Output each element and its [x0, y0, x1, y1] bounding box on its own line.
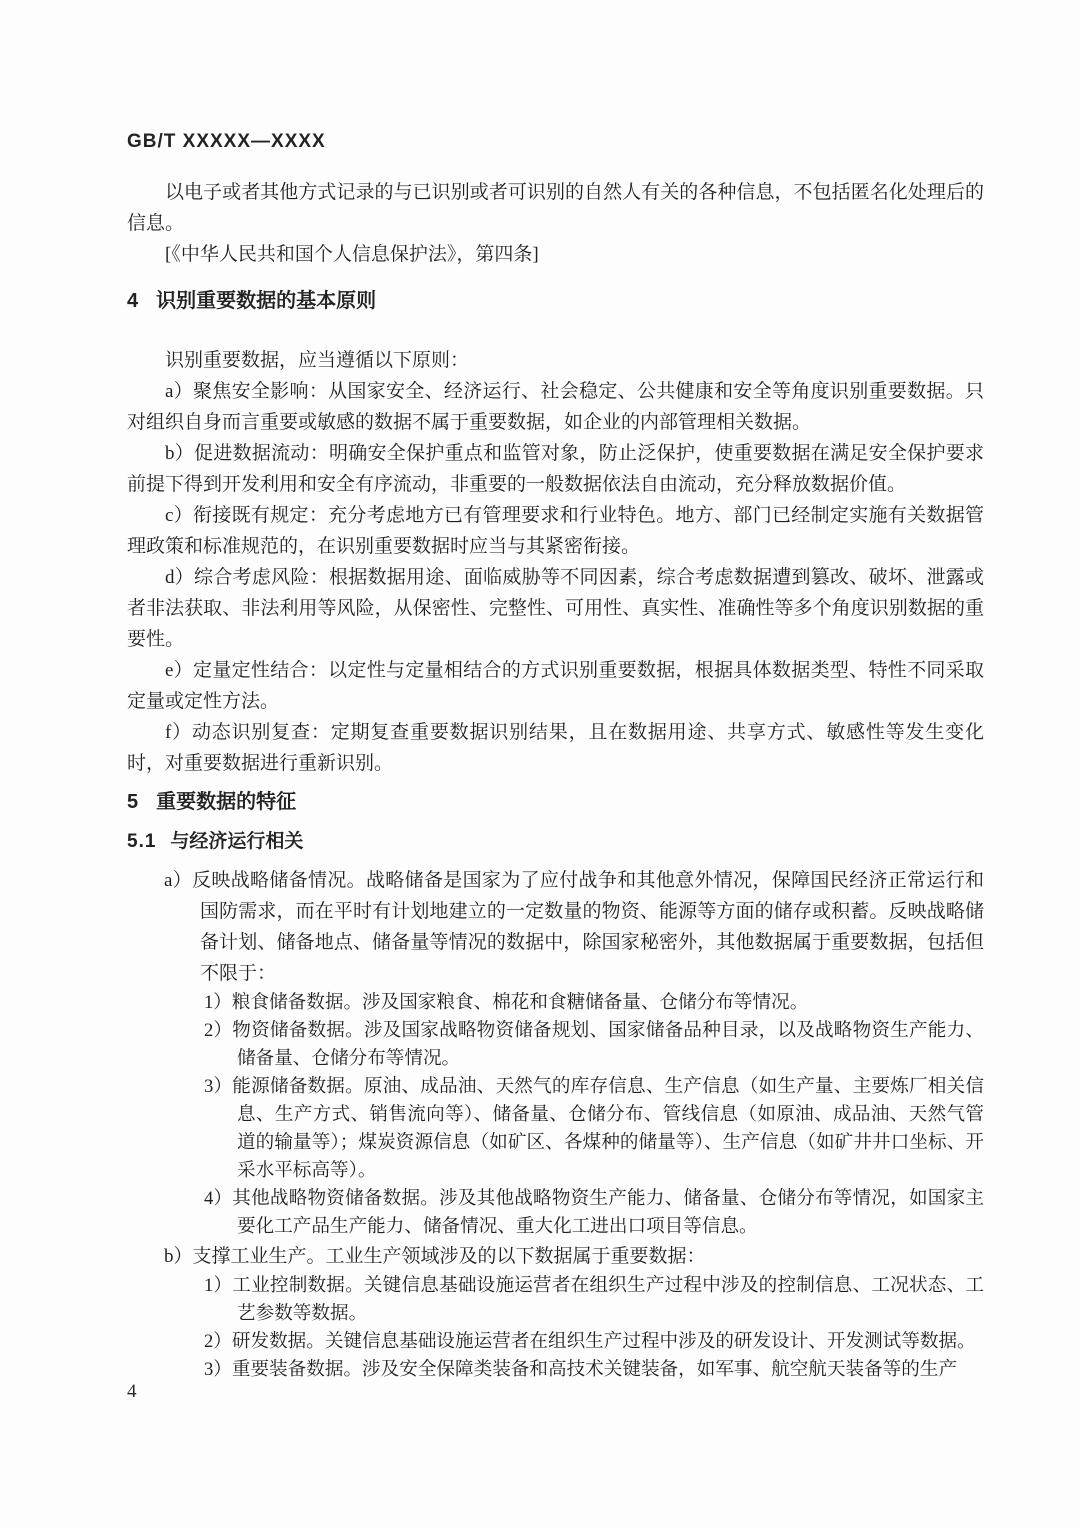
section-5-number: 5 [127, 791, 139, 813]
section-4-heading: 4识别重要数据的基本原则 [127, 286, 980, 317]
feature-item-b-sub-3: 3）重要装备数据。涉及安全保障类装备和高技术关键装备，如军事、航空航天装备等的生… [127, 1356, 984, 1384]
page-number: 4 [127, 1376, 137, 1407]
section-5-1-heading: 5.1与经济运行相关 [127, 826, 980, 857]
principle-item-f: f）动态识别复查：定期复查重要数据识别结果，且在数据用途、共享方式、敏感性等发生… [127, 717, 984, 779]
feature-item-a-sub-2: 2）物资储备数据。涉及国家战略物资储备规划、国家储备品种目录，以及战略物资生产能… [127, 1017, 984, 1073]
feature-item-a: a）反映战略储备情况。战略储备是国家为了应付战争和其他意外情况，保障国民经济正常… [127, 865, 984, 989]
section-4-number: 4 [127, 290, 139, 312]
feature-item-b-sub-2: 2）研发数据。关键信息基础设施运营者在组织生产过程中涉及的研发设计、开发测试等数… [127, 1328, 984, 1356]
feature-item-b-sub-1: 1）工业控制数据。关键信息基础设施运营者在组织生产过程中涉及的控制信息、工况状态… [127, 1272, 984, 1328]
principle-item-e: e）定量定性结合：以定性与定量相结合的方式识别重要数据，根据具体数据类型、特性不… [127, 655, 984, 717]
document-page: GB/T XXXXX—XXXX 以电子或者其他方式记录的与已识别或者可识别的自然… [0, 0, 1080, 1527]
feature-item-a-sub-4: 4）其他战略物资储备数据。涉及其他战略物资生产能力、储备量、仓储分布等情况，如国… [127, 1185, 984, 1241]
feature-item-b: b）支撑工业生产。工业生产领域涉及的以下数据属于重要数据： [127, 1241, 984, 1272]
standard-code: GB/T XXXXX—XXXX [127, 131, 326, 152]
section-4-body: 识别重要数据，应当遵循以下原则： a）聚焦安全影响：从国家安全、经济运行、社会稳… [127, 345, 980, 779]
section-5-1-title: 与经济运行相关 [170, 831, 303, 852]
feature-item-a-sub-1: 1）粮食储备数据。涉及国家粮食、棉花和食糖储备量、仓储分布等情况。 [127, 989, 984, 1017]
section-4-lead: 识别重要数据，应当遵循以下原则： [127, 345, 984, 376]
principle-item-c: c）衔接既有规定：充分考虑地方已有管理要求和行业特色。地方、部门已经制定实施有关… [127, 500, 984, 562]
section-5-heading: 5重要数据的特征 [127, 787, 980, 818]
section-5-title: 重要数据的特征 [156, 791, 296, 813]
feature-item-a-sub-3: 3）能源储备数据。原油、成品油、天然气的库存信息、生产信息（如生产量、主要炼厂相… [127, 1073, 984, 1185]
definition-text: 以电子或者其他方式记录的与已识别或者可识别的自然人有关的各种信息，不包括匿名化处… [127, 177, 984, 239]
principle-item-d: d）综合考虑风险：根据数据用途、面临威胁等不同因素，综合考虑数据遭到篡改、破坏、… [127, 562, 984, 655]
principle-item-a: a）聚焦安全影响：从国家安全、经济运行、社会稳定、公共健康和安全等角度识别重要数… [127, 376, 984, 438]
section-4-title: 识别重要数据的基本原则 [156, 290, 376, 312]
principle-item-b: b）促进数据流动：明确安全保护重点和监管对象，防止泛保护，使重要数据在满足安全保… [127, 438, 984, 500]
standard-code-header: GB/T XXXXX—XXXX [127, 126, 980, 157]
definition-source: [《中华人民共和国个人信息保护法》，第四条] [127, 239, 984, 270]
section-5-1-body: a）反映战略储备情况。战略储备是国家为了应付战争和其他意外情况，保障国民经济正常… [127, 865, 980, 1384]
definition-section: 以电子或者其他方式记录的与已识别或者可识别的自然人有关的各种信息，不包括匿名化处… [127, 177, 980, 270]
section-5-1-number: 5.1 [127, 831, 156, 852]
